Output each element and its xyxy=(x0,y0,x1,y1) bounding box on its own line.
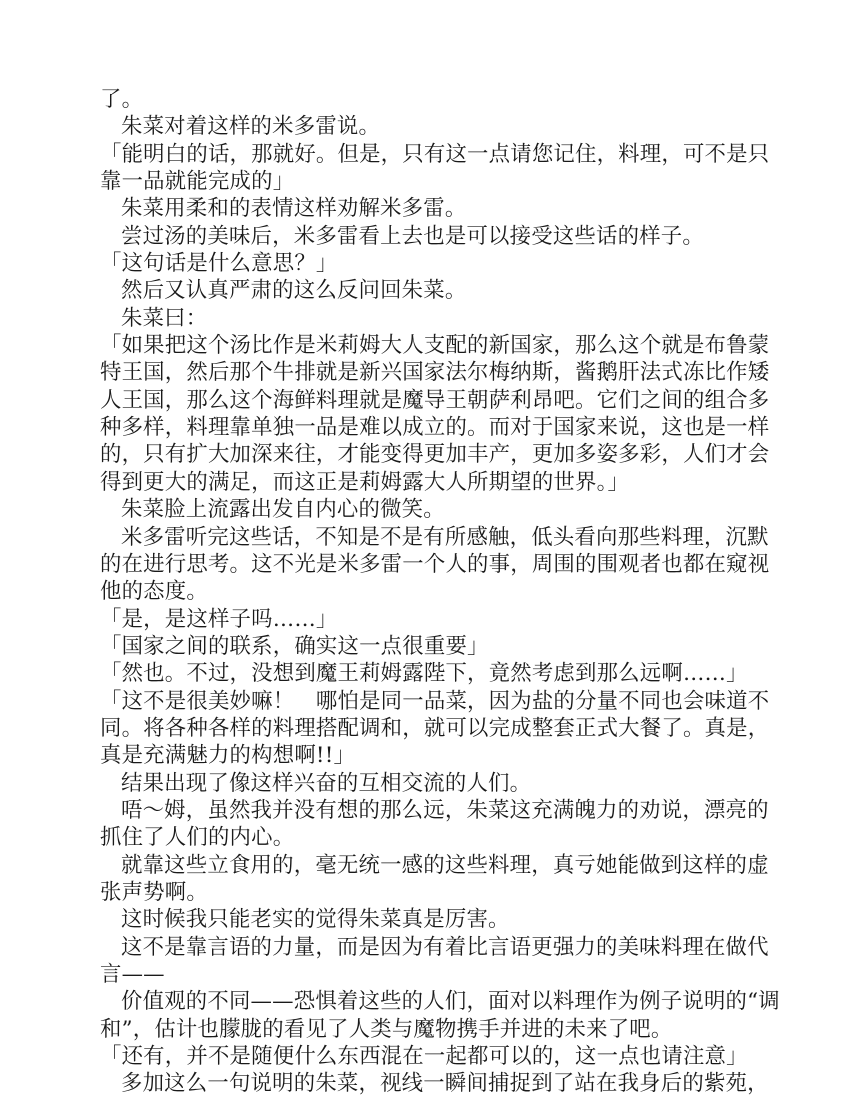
text-line: 和”，估计也朦胧的看见了人类与魔物携手并进的未来了吧。 xyxy=(100,1016,750,1043)
text-line: 这时候我只能老实的觉得朱菜真是厉害。 xyxy=(100,906,750,933)
text-line: 的在进行思考。这不光是米多雷一个人的事，周围的围观者也都在窥视 xyxy=(100,551,750,578)
text-line: 特王国，然后那个牛排就是新兴国家法尔梅纳斯，酱鹅肝法式冻比作矮 xyxy=(100,359,750,386)
text-line: 种多样，料理靠单独一品是难以成立的。而对于国家来说，这也是一样 xyxy=(100,414,750,441)
text-line: 靠一品就能完成的」 xyxy=(100,168,750,195)
text-line: 唔～姆，虽然我并没有想的那么远，朱菜这充满魄力的劝说，漂亮的 xyxy=(100,797,750,824)
text-line: 就靠这些立食用的，毫无统一感的这些料理，真亏她能做到这样的虚 xyxy=(100,852,750,879)
text-line: 「然也。不过，没想到魔王莉姆露陛下，竟然考虑到那么远啊……」 xyxy=(100,660,750,687)
text-line: 的，只有扩大加深来往，才能变得更加丰产，更加多姿多彩，人们才会 xyxy=(100,441,750,468)
text-line: 朱菜对着这样的米多雷说。 xyxy=(100,113,750,140)
text-line: 「这句话是什么意思？」 xyxy=(100,250,750,277)
text-line: 多加这么一句说明的朱菜，视线一瞬间捕捉到了站在我身后的紫苑， xyxy=(100,1070,750,1097)
text-line: 米多雷听完这些话，不知是不是有所感触，低头看向那些料理，沉默 xyxy=(100,524,750,551)
text-line: 「能明白的话，那就好。但是，只有这一点请您记住，料理，可不是只 xyxy=(100,141,750,168)
text-line: 价值观的不同——恐惧着这些的人们，面对以料理作为例子说明的“调 xyxy=(100,988,750,1015)
document-page: 了。 朱菜对着这样的米多雷说。 「能明白的话，那就好。但是，只有这一点请您记住，… xyxy=(100,86,750,1098)
text-line: 人王国，那么这个海鲜料理就是魔导王朝萨利昂吧。它们之间的组合多 xyxy=(100,387,750,414)
text-line: 同。将各种各样的料理搭配调和，就可以完成整套正式大餐了。真是， xyxy=(100,715,750,742)
text-line: 「如果把这个汤比作是米莉姆大人支配的新国家，那么这个就是布鲁蒙 xyxy=(100,332,750,359)
text-line: 张声势啊。 xyxy=(100,879,750,906)
text-line: 这不是靠言语的力量，而是因为有着比言语更强力的美味料理在做代 xyxy=(100,934,750,961)
text-line: 尝过汤的美味后，米多雷看上去也是可以接受这些话的样子。 xyxy=(100,223,750,250)
text-line: 「还有，并不是随便什么东西混在一起都可以的，这一点也请注意」 xyxy=(100,1043,750,1070)
text-line: 「这不是很美妙嘛！ 哪怕是同一品菜，因为盐的分量不同也会味道不 xyxy=(100,688,750,715)
text-line: 朱菜曰： xyxy=(100,305,750,332)
text-line: 真是充满魅力的构想啊!!」 xyxy=(100,742,750,769)
text-line: 朱菜用柔和的表情这样劝解米多雷。 xyxy=(100,195,750,222)
text-line: 抓住了人们的内心。 xyxy=(100,824,750,851)
text-line: 朱菜脸上流露出发自内心的微笑。 xyxy=(100,496,750,523)
text-line: 「国家之间的联系，确实这一点很重要」 xyxy=(100,633,750,660)
text-line: 了。 xyxy=(100,86,750,113)
text-line: 言—— xyxy=(100,961,750,988)
text-line: 「是，是这样子吗……」 xyxy=(100,606,750,633)
text-line: 结果出现了像这样兴奋的互相交流的人们。 xyxy=(100,770,750,797)
text-line: 他的态度。 xyxy=(100,578,750,605)
text-line: 得到更大的满足，而这正是莉姆露大人所期望的世界。」 xyxy=(100,469,750,496)
text-line: 然后又认真严肃的这么反问回朱菜。 xyxy=(100,277,750,304)
